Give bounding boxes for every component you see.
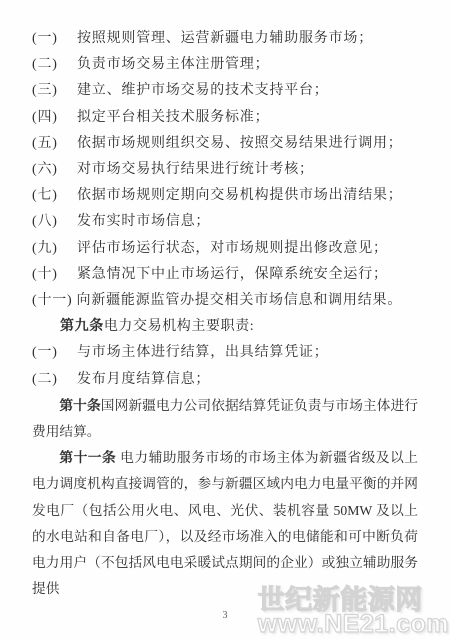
- article-9-item-1: (一) 与市场主体进行结算，出具结算凭证；: [32, 340, 418, 366]
- item-text: 负责市场交易主体注册管理；: [77, 52, 269, 78]
- article-9-heading: 第九条电力交易机构主要职责:: [32, 314, 418, 340]
- duty-item-3: (三) 建立、维护市场交易的技术支持平台；: [32, 78, 418, 104]
- item-text: 依据市场规则组织交易、按照交易结果进行调用；: [77, 131, 403, 157]
- item-number: (十): [32, 262, 77, 288]
- article-9-item-2: (二) 发布月度结算信息；: [32, 367, 418, 393]
- item-text: 向新疆能源监管办提交相关市场信息和调用结果。: [77, 288, 403, 314]
- duty-item-9: (九) 评估市场运行状态，对市场规则提出修改意见；: [32, 236, 418, 262]
- item-number: (三): [32, 78, 77, 104]
- duty-item-5: (五) 依据市场规则组织交易、按照交易结果进行调用；: [32, 131, 418, 157]
- watermark: 世纪新能源网 www.NE21.com: [258, 587, 449, 637]
- duty-item-7: (七) 依据市场规则定期向交易机构提供市场出清结果；: [32, 183, 418, 209]
- item-number: (二): [32, 52, 77, 78]
- item-text: 评估市场运行状态，对市场规则提出修改意见；: [77, 236, 388, 262]
- item-number: (四): [32, 105, 77, 131]
- item-number: (五): [32, 131, 77, 157]
- item-text: 紧急情况下中止市场运行，保障系统安全运行；: [77, 262, 388, 288]
- item-number: (一): [32, 340, 77, 366]
- document-page: (一) 按照规则管理、运营新疆电力辅助服务市场； (二) 负责市场交易主体注册管…: [0, 0, 450, 639]
- document-body: (一) 按照规则管理、运营新疆电力辅助服务市场； (二) 负责市场交易主体注册管…: [32, 26, 418, 602]
- item-number: (七): [32, 183, 77, 209]
- item-text: 对市场交易执行结果进行统计考核；: [77, 157, 314, 183]
- item-number: (九): [32, 236, 77, 262]
- article-9-intro: 电力交易机构主要职责:: [104, 319, 255, 334]
- article-11-paragraph: 第十一条 电力辅助服务市场的市场主体为新疆省级及以上电力调度机构直接调管的，参与…: [32, 445, 418, 602]
- duty-item-4: (四) 拟定平台相关技术服务标准；: [32, 105, 418, 131]
- duty-item-11: (十一) 向新疆能源监管办提交相关市场信息和调用结果。: [32, 288, 418, 314]
- item-text: 发布实时市场信息；: [77, 209, 210, 235]
- article-11-term: 第十一条: [59, 450, 120, 465]
- watermark-site-url: www.NE21.com: [258, 612, 449, 637]
- duty-item-6: (六) 对市场交易执行结果进行统计考核；: [32, 157, 418, 183]
- item-text: 建立、维护市场交易的技术支持平台；: [77, 78, 329, 104]
- article-10-term: 第十条: [59, 398, 100, 413]
- duty-item-1: (一) 按照规则管理、运营新疆电力辅助服务市场；: [32, 26, 418, 52]
- item-number: (六): [32, 157, 77, 183]
- item-number: (二): [32, 367, 77, 393]
- duty-item-10: (十) 紧急情况下中止市场运行，保障系统安全运行；: [32, 262, 418, 288]
- item-text: 按照规则管理、运营新疆电力辅助服务市场；: [77, 26, 373, 52]
- item-number: (十一): [32, 288, 73, 314]
- item-text: 拟定平台相关技术服务标准；: [77, 105, 269, 131]
- item-number: (八): [32, 209, 77, 235]
- item-text: 与市场主体进行结算，出具结算凭证；: [77, 340, 329, 366]
- article-11-text: 电力辅助服务市场的市场主体为新疆省级及以上电力调度机构直接调管的，参与新疆区域内…: [32, 450, 418, 596]
- item-number: (一): [32, 26, 77, 52]
- duty-item-8: (八) 发布实时市场信息；: [32, 209, 418, 235]
- article-9-term: 第九条: [60, 319, 104, 334]
- item-text: 发布月度结算信息；: [77, 367, 210, 393]
- item-text: 依据市场规则定期向交易机构提供市场出清结果；: [77, 183, 403, 209]
- duty-item-2: (二) 负责市场交易主体注册管理；: [32, 52, 418, 78]
- article-10-paragraph: 第十条国网新疆电力公司依据结算凭证负责与市场主体进行费用结算。: [32, 393, 418, 445]
